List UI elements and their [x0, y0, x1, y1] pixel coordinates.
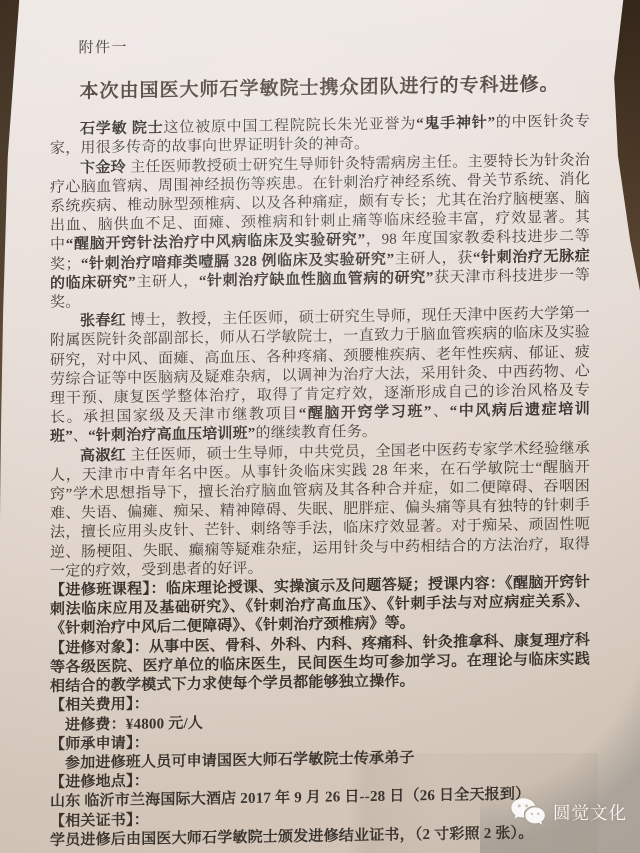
bold-text-run: 进修费：¥4800 元/人 — [65, 715, 203, 733]
bold-text-run: 【进修班课程】：临床理论授课、实操演示及问题答疑；授课内容：《醒脑开窍针刺法临床… — [50, 575, 590, 638]
bold-text-run: “鬼手神针” — [416, 115, 495, 132]
document-title: 本次由国医大师石学敏院士携众团队进行的专科进修。 — [50, 72, 590, 105]
text-run: 这位被原中国工程院院长朱光亚誉为 — [164, 116, 417, 136]
bold-text-run: 高淑红 — [80, 447, 130, 464]
watermark-label: 圆觉文化 — [553, 800, 627, 825]
bold-text-run: “醒脑开窍学习班” — [299, 404, 432, 422]
text-run: 主研人， — [136, 273, 199, 290]
watermark: 圆觉文化 — [510, 797, 627, 827]
bold-text-run: 卞金玲 — [80, 159, 130, 176]
attachment-label: 附件一 — [50, 32, 590, 60]
text-run: 、 — [73, 429, 88, 445]
text-run: 、 — [432, 404, 450, 420]
photo-of-document: 附件一 本次由国医大师石学敏院士携众团队进行的专科进修。 石学敏 院士这位被原中… — [0, 0, 640, 853]
table-edge-right — [602, 0, 640, 300]
bold-text-run: 石学敏 院士 — [80, 120, 164, 137]
bold-text-run: 参加进修班人员可申请国医大师石学敏院士传承弟子 — [65, 750, 415, 771]
doc-paragraph: 高淑红 主任医师，硕士生导师，中共党员，全国老中医药专家学术经验继承人，天津市中… — [50, 439, 590, 582]
document-page: 附件一 本次由国医大师石学敏院士携众团队进行的专科进修。 石学敏 院士这位被原中… — [50, 32, 590, 851]
doc-paragraph: 【进修对象】：从事中医、骨科、外科、内科、疼痛科、针灸推拿科、康复理疗科等各级医… — [50, 631, 590, 697]
doc-paragraph: 【进修班课程】：临床理论授课、实操演示及问题答疑；授课内容：《醒脑开窍针刺法临床… — [50, 574, 590, 640]
document-body: 石学敏 院士这位被原中国工程院院长朱光亚誉为“鬼手神针”的中医针灸专家，用很多传… — [50, 113, 590, 851]
bold-text-run: “针刺治疗高血压培训班” — [88, 426, 255, 445]
bold-text-run: “醒脑开窍针法治疗中风病临床及实验研究” — [66, 232, 366, 253]
bold-text-run: 张春红 — [80, 313, 130, 330]
bold-text-run: “针刺治疗喑痱类噎膈 328 例临床及实验研究” — [81, 251, 394, 272]
table-edge-left — [0, 0, 26, 520]
bold-text-run: 【相关费用】： — [50, 697, 149, 715]
text-run: 主研人，获 — [394, 250, 473, 267]
bold-text-run: 【师承申请】： — [50, 735, 149, 753]
bold-text-run: 【进修地点】： — [50, 774, 149, 792]
bold-text-run: 【进修对象】：从事中医、骨科、外科、内科、疼痛科、针灸推拿科、康复理疗科等各级医… — [50, 632, 590, 695]
text-run: 的继续教育任务。 — [256, 424, 378, 442]
wechat-icon — [510, 797, 546, 827]
doc-paragraph: 卞金玲 主任医师教授硕士研究生导师针灸特需病房主任。主要特长为针灸治疗心脑血管病… — [50, 151, 590, 313]
text-run: 主任医师，硕士生导师，中共党员，全国老中医药专家学术经验继承人，天津市中青年名中… — [50, 440, 590, 580]
bold-text-run: “针刺治疗缺血性脑血管病的研究” — [199, 270, 434, 290]
bold-text-run: 【相关证书】： — [50, 812, 149, 830]
doc-paragraph: 张春红 博士，教授，主任医师，硕士研究生导师，现任天津中医药大学第一附属医院针灸… — [50, 305, 590, 448]
